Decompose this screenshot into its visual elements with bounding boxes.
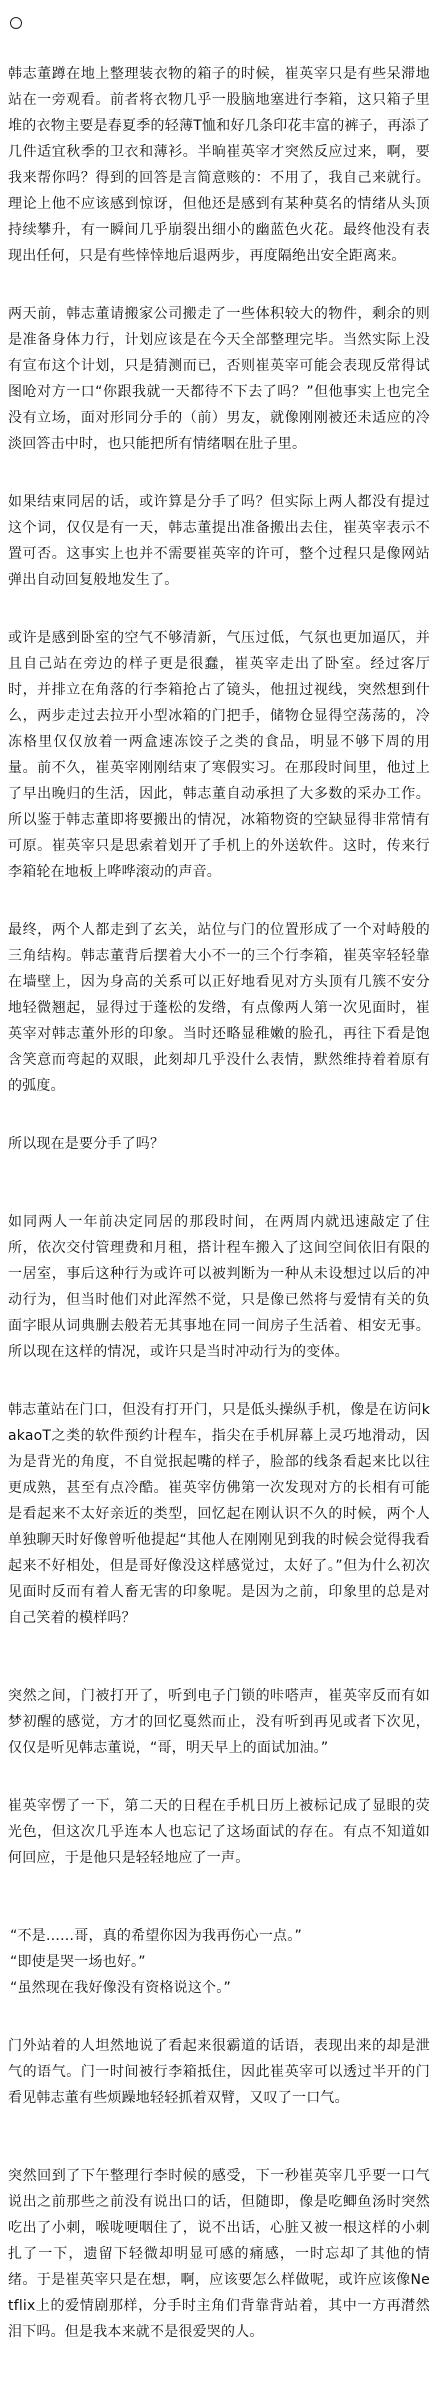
document-page: 韩志董蹲在地上整理装衣物的箱子的时候，崔英宰只是有些呆滞地站在一旁观看。前者将衣… [0,0,438,2385]
circle-marker-icon [10,17,22,29]
paragraph-11: 门外站着的人坦然地说了看起来很霸道的话语，表现出来的却是泄气的语气。门一时间被行… [8,2033,430,2111]
paragraph-5: 最终，两个人都走到了玄关，站位与门的位置形成了一个对峙般的三角结构。韩志董背后摆… [8,917,430,1099]
paragraph-2: 两天前，韩志董请搬家公司搬走了一些体积较大的物件，剩余的则是准备身体力行，计划应… [8,301,430,457]
paragraph-7: 如同两人一年前决定同居的那段时间，在两周内就迅速敲定了住所，依次交付管理费和月租… [8,1209,430,1365]
paragraph-6-question: 所以现在是要分手了吗？ [8,1131,430,1157]
dialogue-line-2: “即使是哭一场也好。” [8,1949,430,1975]
paragraph-10: 崔英宰愣了一下，第二天的日程在手机日历上被标记成了显眼的荧光色，但这次几乎连本人… [8,1793,430,1871]
paragraph-3: 如果结束同居的话，或许算是分手了吗？但实际上两人都没有提过这个词，仅仅是有一天，… [8,489,430,593]
paragraph-1: 韩志董蹲在地上整理装衣物的箱子的时候，崔英宰只是有些呆滞地站在一旁观看。前者将衣… [8,61,430,269]
paragraph-8: 韩志董站在门口，但没有打开门，只是低头操纵手机，像是在访问kakaoT之类的软件… [8,1397,430,1631]
dialogue-line-1: “不是……哥，真的希望你因为我再伤心一点。” [8,1923,430,1949]
paragraph-12: 突然回到了下午整理行李时候的感受，下一秒崔英宰几乎要一口气说出之前那些之前没有说… [8,2163,430,2345]
paragraph-4: 或许是感到卧室的空气不够清新，气压过低，气氛也更加逼仄，并且自己站在旁边的样子更… [8,625,430,885]
paragraph-9: 突然之间，门被打开了，听到电子门锁的咔嗒声，崔英宰反而有如梦初醒的感觉，方才的回… [8,1683,430,1761]
dialogue-line-3: “虽然现在我好像没有资格说这个。” [8,1975,430,2001]
dialogue-block: “不是……哥，真的希望你因为我再伤心一点。” “即使是哭一场也好。” “虽然现在… [8,1923,430,2001]
